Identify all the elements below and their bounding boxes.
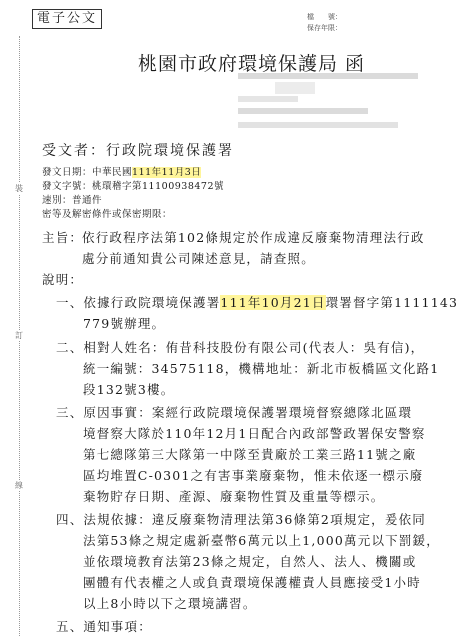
item-2-cont: 段132號3樓。 <box>83 380 174 401</box>
item-4: 四、法規依據：違反廢棄物清理法第36條第2項規定，爰依同 <box>56 510 426 531</box>
issue-date: 發文日期：中華民國111年11月3日 <box>42 167 201 179</box>
explanation-label: 說明： <box>42 270 83 291</box>
file-meta: 檔 號： 保存年限： <box>307 12 342 34</box>
item-text: 相對人姓名：侑昔科技股份有限公司(代表人：吳有信)， <box>83 340 424 355</box>
item-4-cont: 以上8小時以下之環境講習。 <box>83 594 257 615</box>
item-1-cont: 779號辦理。 <box>83 314 165 335</box>
item-number: 四、 <box>56 512 83 527</box>
retention-label: 保存年限： <box>307 23 342 34</box>
item-number: 二、 <box>56 340 83 355</box>
subject-line: 依行政程序法第102條規定於作成違反廢棄物清理法行政 <box>82 228 425 249</box>
subject-label: 主旨： <box>42 228 83 249</box>
issue-date-prefix: 中華民國 <box>92 167 132 178</box>
subject-line: 處分前通知貴公司陳述意見，請查照。 <box>82 249 315 270</box>
file-number-label: 檔 號： <box>307 12 342 23</box>
recipient-value: 行政院環境保護署 <box>106 143 234 159</box>
item-5: 五、通知事項： <box>56 617 152 638</box>
issue-date-value: 111年11月3日 <box>132 167 201 178</box>
recipient-label: 受文者： <box>42 143 106 159</box>
issue-date-label: 發文日期： <box>42 167 92 178</box>
binding-mark: 裝 <box>14 183 24 194</box>
binding-mark: 訂 <box>14 330 24 341</box>
item-number: 三、 <box>56 405 83 420</box>
item-3-cont: 境督察大隊於110年12月1日配合內政部警政署保安警察 <box>83 424 426 445</box>
speed-label: 速別： <box>42 195 72 206</box>
document-number-label: 發文字號： <box>42 181 92 192</box>
item-4-cont: 並依環境教育法第23條之規定，自然人、法人、機關或 <box>83 552 416 573</box>
item-3-cont: 區均堆置C-0301之有害事業廢棄物，惟未依逐一標示廢 <box>83 466 424 487</box>
document-title: 桃園市政府環境保護局 函 <box>138 49 365 76</box>
binding-mark: 線 <box>14 480 24 491</box>
item-number: 一、 <box>56 295 83 310</box>
item-text: 環署督字第1111143 <box>326 295 459 310</box>
delivery-speed: 速別：普通件 <box>42 195 102 207</box>
item-text: 法規依據：違反廢棄物清理法第36條第2項規定，爰依同 <box>83 512 426 527</box>
item-1: 一、依據行政院環境保護署111年10月21日環署督字第1111143 <box>56 293 458 314</box>
document-number: 發文字號：桃環稽字第11100938472號 <box>42 181 224 193</box>
e-document-stamp: 電子公文 <box>32 9 102 29</box>
item-3-cont: 第七總隊第三大隊第一中隊至貴廠於工業三路11號之廠 <box>83 445 416 466</box>
secrecy-level: 密等及解密條件或保密期限： <box>42 209 172 221</box>
item-number: 五、 <box>56 619 83 634</box>
document-number-value: 桃環稽字第11100938472號 <box>92 181 224 192</box>
item-2: 二、相對人姓名：侑昔科技股份有限公司(代表人：吳有信)， <box>56 338 424 359</box>
item-text: 依據行政院環境保護署 <box>83 295 220 310</box>
item-text: 通知事項： <box>83 619 152 634</box>
item-2-cont: 統一編號：34575118，機構地址：新北市板橋區文化路1 <box>83 359 439 380</box>
item-3-cont: 棄物貯存日期、產源、廢棄物性質及重量等標示。 <box>83 487 384 508</box>
recipient: 受文者：行政院環境保護署 <box>42 140 234 160</box>
item-4-cont: 法第53條之規定處新臺幣6萬元以上1,000萬元以下罰鍰， <box>83 531 440 552</box>
item-3: 三、原因事實：案經行政院環境保護署環境督察總隊北區環 <box>56 403 412 424</box>
speed-value: 普通件 <box>72 195 102 206</box>
highlighted-date: 111年10月21日 <box>220 295 325 310</box>
item-text: 原因事實：案經行政院環境保護署環境督察總隊北區環 <box>83 405 412 420</box>
item-4-cont: 團體有代表權之人或負責環境保護權責人員應接受1小時 <box>83 573 421 594</box>
